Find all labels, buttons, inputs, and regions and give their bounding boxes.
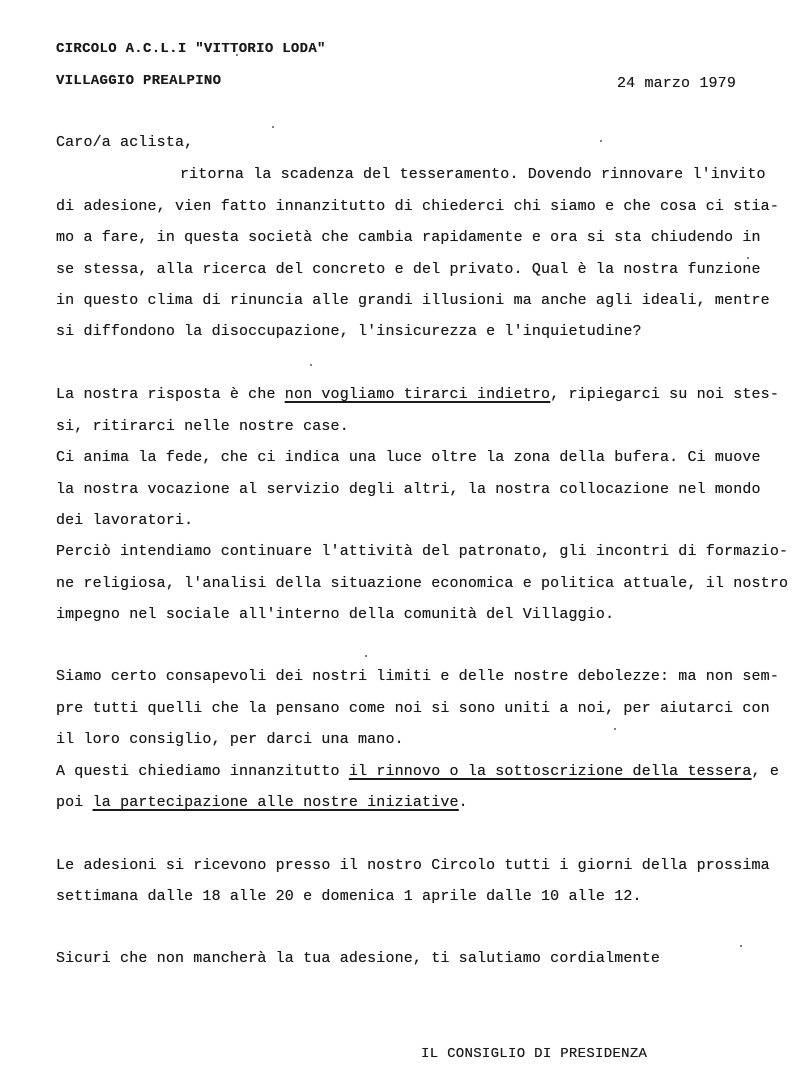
scan-speck	[365, 655, 367, 657]
organization-name: CIRCOLO A.C.L.I "VITTORIO LODA"	[56, 40, 326, 58]
text-segment: impegno nel sociale all'interno della co…	[56, 606, 614, 623]
location-name: VILLAGGIO PREALPINO	[56, 72, 221, 90]
body-line: settimana dalle 18 alle 20 e domenica 1 …	[56, 888, 642, 906]
scan-speck	[747, 257, 749, 259]
body-line: Perciò intendiamo continuare l'attività …	[56, 543, 788, 561]
text-segment: mo a fare, in questa società che cambia …	[56, 229, 761, 246]
body-line: Le adesioni si ricevono presso il nostro…	[56, 857, 770, 875]
text-segment: la nostra vocazione al servizio degli al…	[56, 481, 761, 498]
body-line: ritorna la scadenza del tesseramento. Do…	[180, 166, 766, 184]
text-segment: si diffondono la disoccupazione, l'insic…	[56, 323, 642, 340]
body-line: di adesione, vien fatto innanzitutto di …	[56, 198, 779, 216]
text-segment: Perciò intendiamo continuare l'attività …	[56, 543, 788, 560]
text-segment: il loro consiglio, per darci una mano.	[56, 731, 404, 748]
body-line: A questi chiediamo innanzitutto il rinno…	[56, 763, 779, 781]
body-line: Ci anima la fede, che ci indica una luce…	[56, 449, 761, 467]
letter-date: 24 marzo 1979	[617, 75, 736, 93]
body-line: Sicuri che non mancherà la tua adesione,…	[56, 950, 660, 968]
text-segment: Ci anima la fede, che ci indica una luce…	[56, 449, 761, 466]
text-segment: A questi chiediamo innanzitutto	[56, 763, 349, 780]
salutation: Caro/a aclista,	[56, 134, 193, 152]
text-segment: se stessa, alla ricerca del concreto e d…	[56, 261, 761, 278]
text-segment: ne religiosa, l'analisi della situazione…	[56, 575, 788, 592]
text-segment: si, ritirarci nelle nostre case.	[56, 418, 349, 435]
text-segment: in questo clima di rinuncia alle grandi …	[56, 292, 770, 309]
underlined-phrase: la partecipazione alle nostre iniziative	[93, 794, 459, 811]
text-segment: settimana dalle 18 alle 20 e domenica 1 …	[56, 888, 642, 905]
scan-speck	[272, 126, 274, 128]
scan-speck	[614, 728, 616, 730]
underlined-phrase: non vogliamo tirarci indietro	[285, 386, 550, 403]
text-segment: poi	[56, 794, 93, 811]
underlined-phrase: il rinnovo o la sottoscrizione della tes…	[349, 763, 752, 780]
scan-speck	[236, 54, 238, 56]
text-segment: dei lavoratori.	[56, 512, 193, 529]
text-segment: pre tutti quelli che la pensano come noi…	[56, 700, 770, 717]
text-segment: , e	[752, 763, 779, 780]
scan-speck	[740, 945, 742, 947]
body-line: ne religiosa, l'analisi della situazione…	[56, 575, 788, 593]
text-segment: Le adesioni si ricevono presso il nostro…	[56, 857, 770, 874]
text-segment: Sicuri che non mancherà la tua adesione,…	[56, 950, 660, 967]
text-segment: .	[459, 794, 468, 811]
signature: IL CONSIGLIO DI PRESIDENZA	[421, 1045, 647, 1063]
text-segment: , ripiegarci su noi stes-	[550, 386, 779, 403]
text-segment: Siamo certo consapevoli dei nostri limit…	[56, 668, 779, 685]
body-line: La nostra risposta è che non vogliamo ti…	[56, 386, 779, 404]
scan-speck	[310, 364, 312, 366]
body-line: il loro consiglio, per darci una mano.	[56, 731, 404, 749]
letter-page: CIRCOLO A.C.L.I "VITTORIO LODA" VILLAGGI…	[0, 0, 800, 1086]
body-line: se stessa, alla ricerca del concreto e d…	[56, 261, 761, 279]
body-line: in questo clima di rinuncia alle grandi …	[56, 292, 770, 310]
scan-speck	[600, 140, 602, 142]
text-segment: La nostra risposta è che	[56, 386, 285, 403]
body-line: Siamo certo consapevoli dei nostri limit…	[56, 668, 779, 686]
text-segment: ritorna la scadenza del tesseramento. Do…	[180, 166, 766, 183]
body-line: poi la partecipazione alle nostre inizia…	[56, 794, 468, 812]
body-line: pre tutti quelli che la pensano come noi…	[56, 700, 770, 718]
body-line: si diffondono la disoccupazione, l'insic…	[56, 323, 642, 341]
body-line: si, ritirarci nelle nostre case.	[56, 418, 349, 436]
body-line: la nostra vocazione al servizio degli al…	[56, 481, 761, 499]
body-line: mo a fare, in questa società che cambia …	[56, 229, 761, 247]
body-line: dei lavoratori.	[56, 512, 193, 530]
text-segment: di adesione, vien fatto innanzitutto di …	[56, 198, 779, 215]
body-line: impegno nel sociale all'interno della co…	[56, 606, 614, 624]
